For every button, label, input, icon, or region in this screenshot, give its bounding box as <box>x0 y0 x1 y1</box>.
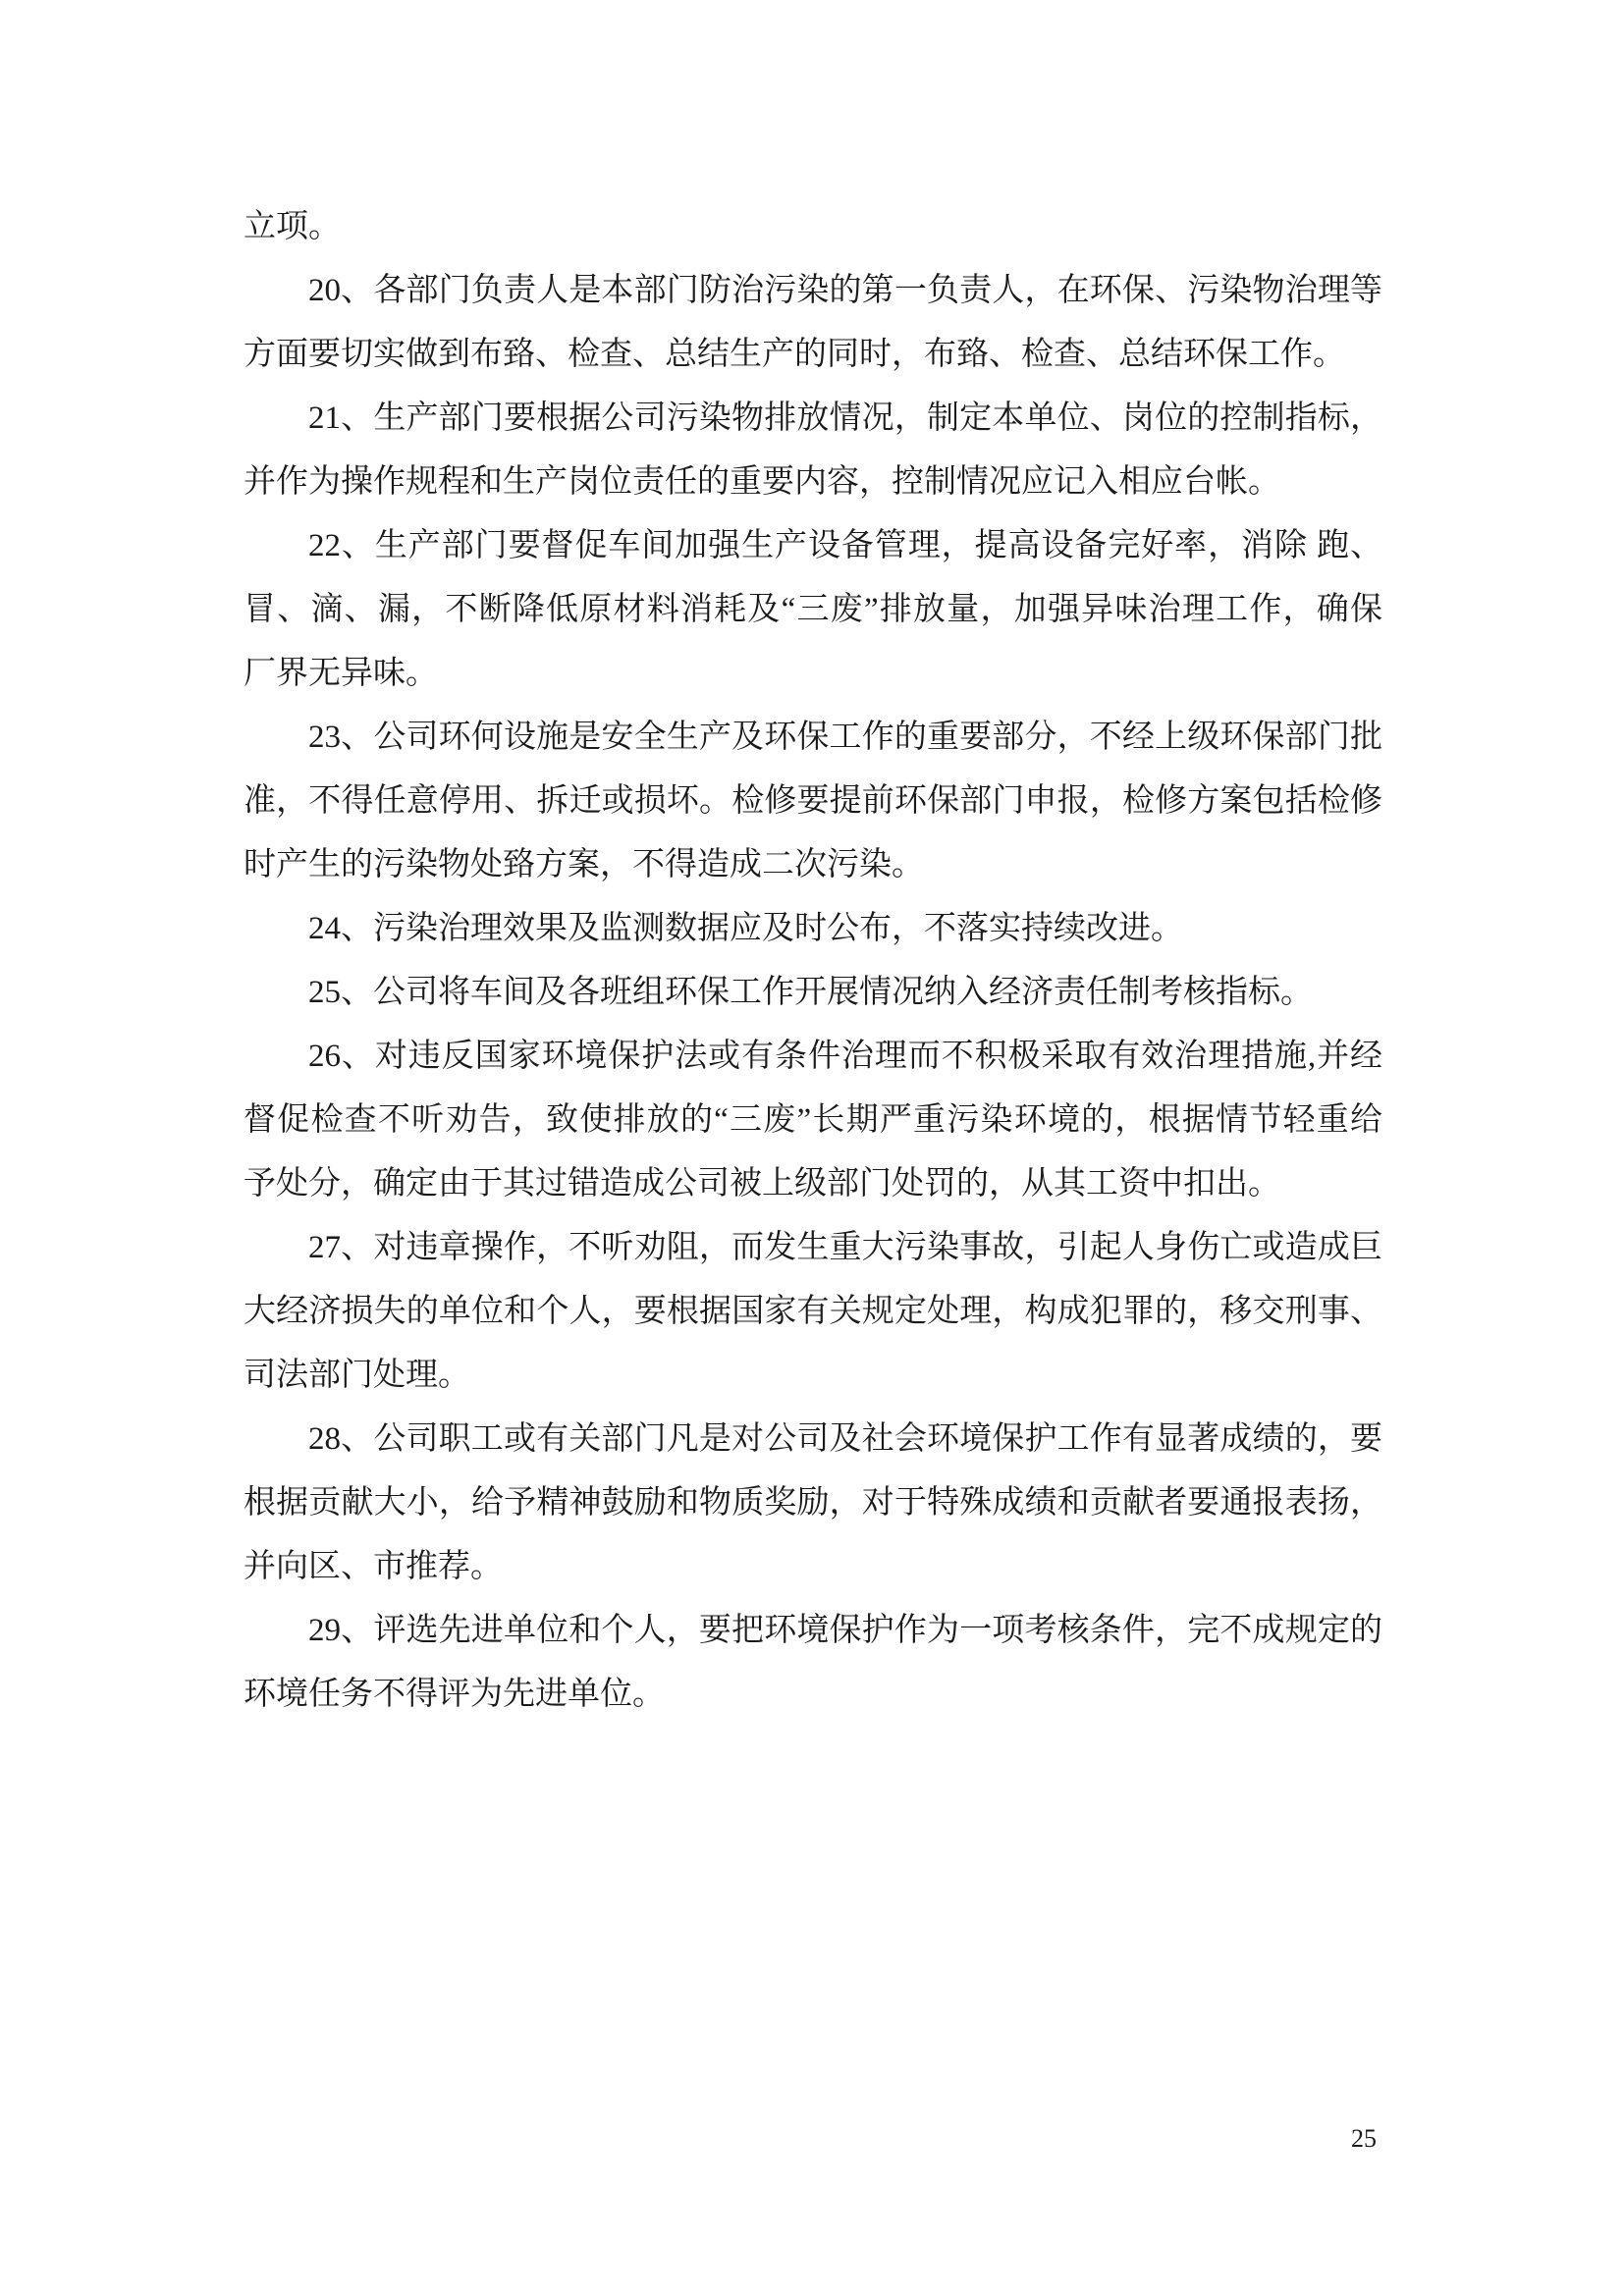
text-column: 立项。20、各部门负责人是本部门防治污染的第一负责人，在环保、污染物治理等方面要… <box>244 195 1382 1727</box>
paragraph-21: 21、生产部门要根据公司污染物排放情况，制定本单位、岗位的控制指标，并作为操作规… <box>244 387 1382 514</box>
text-line: 26、对违反国家环境保护法或有条件治理而不积极采取有效治理措施,并经 <box>244 1025 1382 1089</box>
text-line: 并作为操作规程和生产岗位责任的重要内容，控制情况应记入相应台帐。 <box>244 451 1382 514</box>
text-line: 22、生产部门要督促车间加强生产设备管理，提高设备完好率，消除 跑、 <box>244 514 1382 578</box>
text-line: 23、公司环何设施是安全生产及环保工作的重要部分，不经上级环保部门批 <box>244 706 1382 770</box>
paragraph-27: 27、对违章操作，不听劝阻，而发生重大污染事故，引起人身伤亡或造成巨大经济损失的… <box>244 1216 1382 1408</box>
text-line: 时产生的污染物处臵方案，不得造成二次污染。 <box>244 833 1382 897</box>
paragraph-24: 24、污染治理效果及监测数据应及时公布，不落实持续改进。 <box>244 897 1382 961</box>
text-line: 督促检查不听劝告，致使排放的“三废”长期严重污染环境的，根据情节轻重给 <box>244 1089 1382 1152</box>
text-line: 27、对违章操作，不听劝阻，而发生重大污染事故，引起人身伤亡或造成巨 <box>244 1216 1382 1280</box>
text-line: 并向区、市推荐。 <box>244 1535 1382 1599</box>
text-line: 大经济损失的单位和个人，要根据国家有关规定处理，构成犯罪的，移交刑事、 <box>244 1280 1382 1344</box>
text-line: 环境任务不得评为先进单位。 <box>244 1663 1382 1727</box>
text-line: 根据贡献大小，给予精神鼓励和物质奖励，对于特殊成绩和贡献者要通报表扬， <box>244 1471 1382 1535</box>
paragraph-29: 29、评选先进单位和个人，要把环境保护作为一项考核条件，完不成规定的环境任务不得… <box>244 1599 1382 1727</box>
paragraph-26: 26、对违反国家环境保护法或有条件治理而不积极采取有效治理措施,并经督促检查不听… <box>244 1025 1382 1216</box>
text-line: 方面要切实做到布臵、检查、总结生产的同时，布臵、检查、总结环保工作。 <box>244 323 1382 387</box>
text-line: 冒、滴、漏，不断降低原材料消耗及“三废”排放量，加强异味治理工作，确保 <box>244 578 1382 642</box>
text-line: 20、各部门负责人是本部门防治污染的第一负责人，在环保、污染物治理等 <box>244 259 1382 323</box>
page-number: 25 <box>1351 2122 1377 2156</box>
paragraph-28: 28、公司职工或有关部门凡是对公司及社会环境保护工作有显著成绩的，要根据贡献大小… <box>244 1408 1382 1599</box>
text-line: 28、公司职工或有关部门凡是对公司及社会环境保护工作有显著成绩的，要 <box>244 1408 1382 1471</box>
text-line: 29、评选先进单位和个人，要把环境保护作为一项考核条件，完不成规定的 <box>244 1599 1382 1663</box>
paragraph-19-continuation: 立项。 <box>244 195 1382 259</box>
text-line: 厂界无异味。 <box>244 642 1382 706</box>
text-line: 准，不得任意停用、拆迁或损坏。检修要提前环保部门申报，检修方案包括检修 <box>244 770 1382 833</box>
text-line: 司法部门处理。 <box>244 1344 1382 1408</box>
paragraph-25: 25、公司将车间及各班组环保工作开展情况纳入经济责任制考核指标。 <box>244 961 1382 1025</box>
text-line: 予处分，确定由于其过错造成公司被上级部门处罚的，从其工资中扣出。 <box>244 1152 1382 1216</box>
paragraph-22: 22、生产部门要督促车间加强生产设备管理，提高设备完好率，消除 跑、冒、滴、漏，… <box>244 514 1382 706</box>
paragraph-20: 20、各部门负责人是本部门防治污染的第一负责人，在环保、污染物治理等方面要切实做… <box>244 259 1382 387</box>
text-line: 24、污染治理效果及监测数据应及时公布，不落实持续改进。 <box>244 897 1382 961</box>
text-line: 21、生产部门要根据公司污染物排放情况，制定本单位、岗位的控制指标， <box>244 387 1382 451</box>
paragraph-23: 23、公司环何设施是安全生产及环保工作的重要部分，不经上级环保部门批准，不得任意… <box>244 706 1382 897</box>
text-line: 25、公司将车间及各班组环保工作开展情况纳入经济责任制考核指标。 <box>244 961 1382 1025</box>
text-line: 立项。 <box>244 195 1382 259</box>
document-page: 立项。20、各部门负责人是本部门防治污染的第一负责人，在环保、污染物治理等方面要… <box>0 0 1624 2296</box>
